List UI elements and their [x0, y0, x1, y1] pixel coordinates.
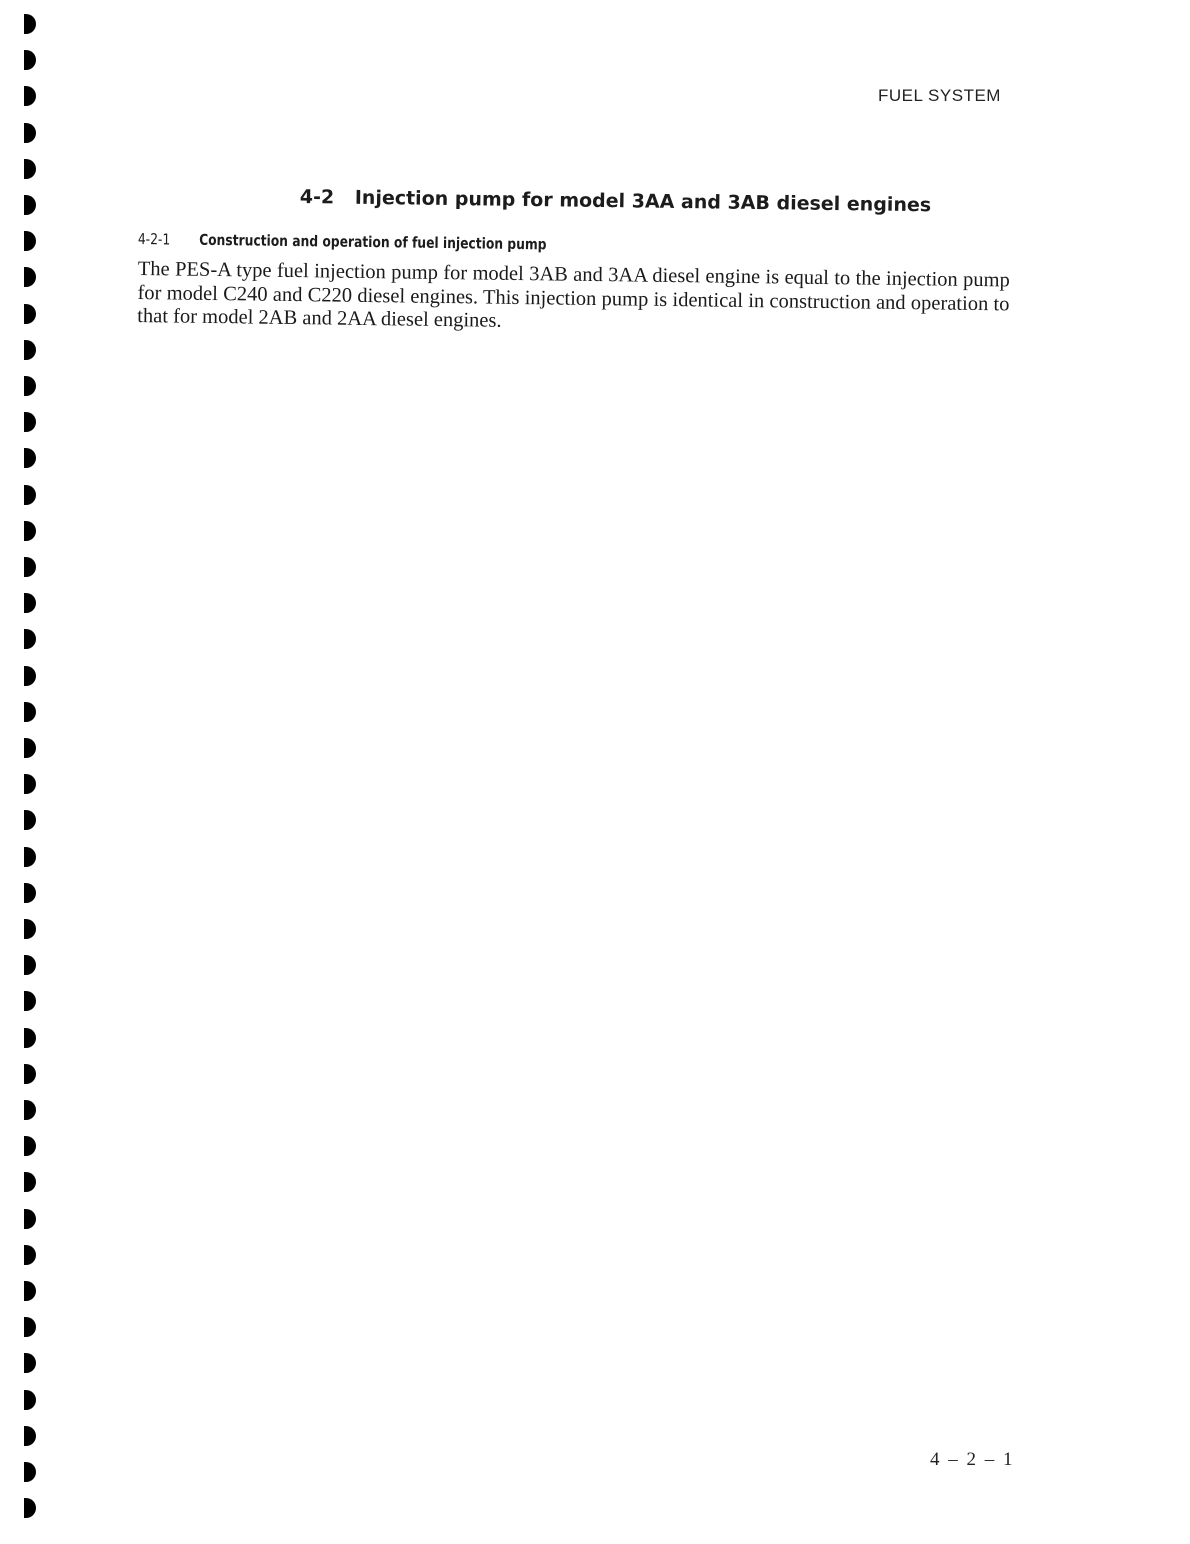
binding-hole [24, 1353, 36, 1373]
binding-hole [24, 593, 36, 613]
binding-hole [24, 1245, 36, 1265]
page-number: 4 – 2 – 1 [930, 1449, 1015, 1471]
binding-hole [24, 14, 36, 34]
binding-hole [24, 231, 36, 251]
binding-hole [24, 666, 36, 686]
binding-hole [24, 557, 36, 577]
binding-hole [24, 629, 36, 649]
binding-hole [24, 86, 36, 106]
binding-hole [24, 412, 36, 432]
binding-hole [24, 1462, 36, 1482]
binding-hole [24, 340, 36, 360]
binding-hole [24, 304, 36, 324]
binding-hole [24, 159, 36, 179]
binding-hole [24, 1064, 36, 1084]
binding-hole [24, 1172, 36, 1192]
binding-hole [24, 1100, 36, 1120]
binding-hole [24, 1209, 36, 1229]
binding-hole [24, 1498, 36, 1518]
section-number: 4-2 [300, 186, 335, 208]
binding-hole [24, 738, 36, 758]
binding-hole [24, 448, 36, 468]
running-head: FUEL SYSTEM [878, 86, 1001, 106]
binding-hole [24, 1028, 36, 1048]
binding-hole [24, 955, 36, 975]
binding-hole [24, 702, 36, 722]
section-title-text: Injection pump for model 3AA and 3AB die… [355, 187, 932, 217]
binding-hole [24, 991, 36, 1011]
binding-hole [24, 267, 36, 287]
subsection-title: 4-2-1 Construction and operation of fuel… [138, 230, 547, 253]
binding-hole [24, 50, 36, 70]
binding-hole [24, 919, 36, 939]
body-text: The PES-A type fuel injection pump for m… [137, 258, 1010, 340]
binding-hole [24, 847, 36, 867]
binding-holes [0, 0, 40, 1544]
binding-hole [24, 195, 36, 215]
binding-hole [24, 1426, 36, 1446]
subsection-title-text: Construction and operation of fuel injec… [199, 231, 547, 254]
binding-hole [24, 376, 36, 396]
binding-hole [24, 521, 36, 541]
subsection-number: 4-2-1 [138, 230, 171, 248]
binding-hole [24, 1317, 36, 1337]
binding-hole [24, 1136, 36, 1156]
binding-hole [24, 123, 36, 143]
binding-hole [24, 774, 36, 794]
binding-hole [24, 1390, 36, 1410]
binding-hole [24, 810, 36, 830]
body-paragraph: The PES-A type fuel injection pump for m… [137, 258, 1010, 340]
binding-hole [24, 485, 36, 505]
binding-hole [24, 883, 36, 903]
binding-hole [24, 1281, 36, 1301]
section-title: 4-2 Injection pump for model 3AA and 3AB… [300, 186, 932, 216]
